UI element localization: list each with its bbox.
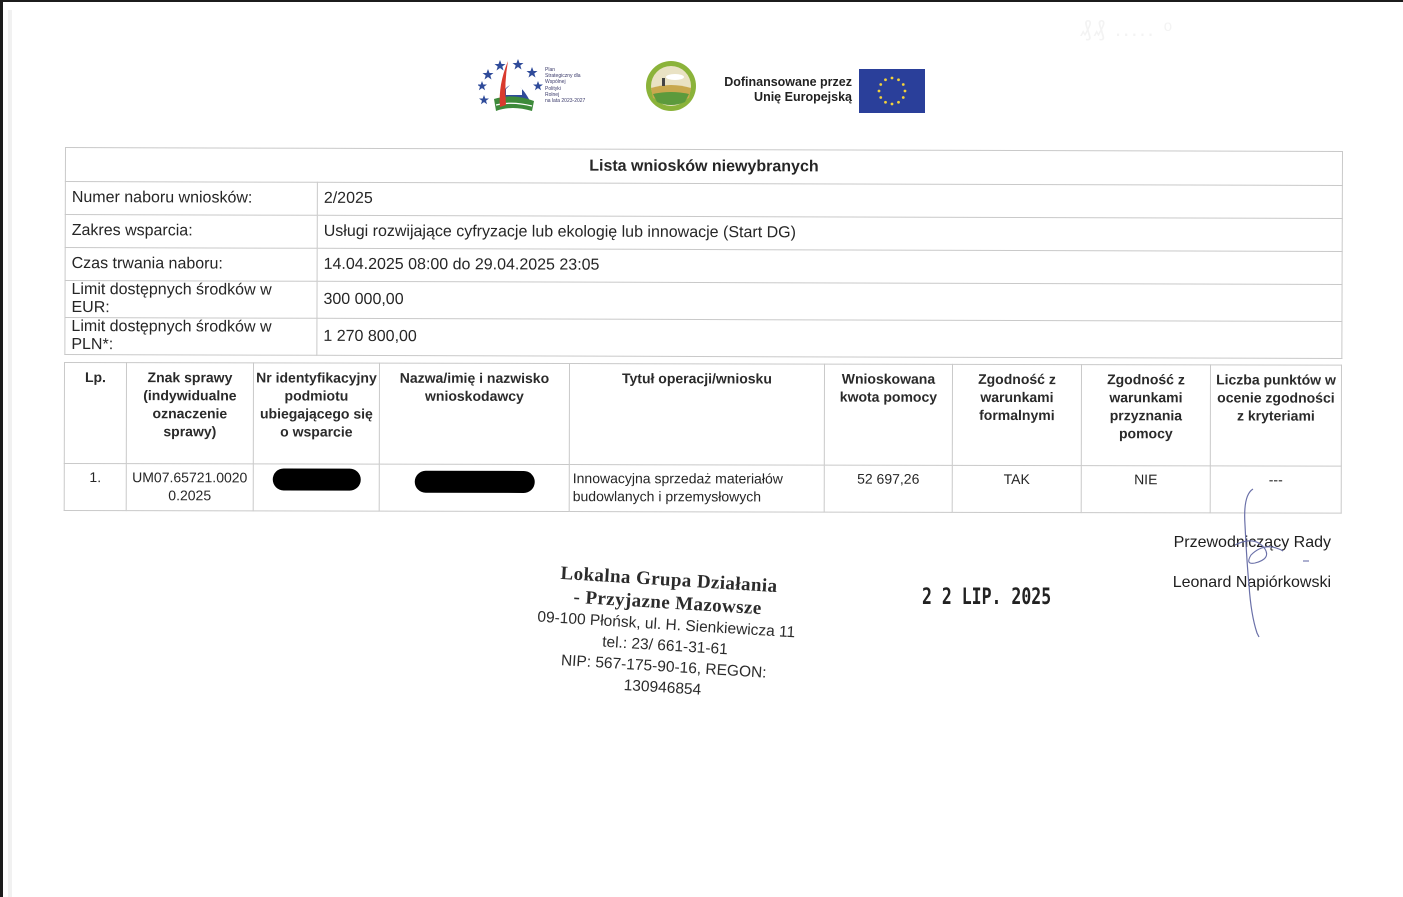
document-title: Lista wniosków niewybranych	[65, 148, 1342, 186]
psp-logo: Plan Strategiczny dla Wspólnej Polityki …	[478, 55, 603, 115]
handwritten-signature-icon	[1225, 485, 1325, 645]
column-header-applicant: Nazwa/imię i nazwisko wnioskodawcy	[379, 363, 569, 464]
date-stamp: 2 2 LIP. 2025	[922, 585, 1051, 610]
applications-table: Lp. Znak sprawy (indywidualne oznaczenie…	[64, 362, 1341, 514]
eu-flag-icon	[859, 69, 925, 113]
info-value: 300 000,00	[317, 281, 1342, 321]
call-info-table: Lista wniosków niewybranych Numer naboru…	[64, 147, 1343, 359]
cell-applicant	[379, 464, 569, 511]
cell-amount: 52 697,26	[824, 465, 952, 512]
cell-id-number	[253, 464, 379, 511]
table-row: 1. UM07.65721.0020 0.2025 Innowacyjna sp…	[64, 464, 1341, 514]
cell-case-number: UM07.65721.0020 0.2025	[126, 464, 253, 511]
scan-shadow	[8, 10, 12, 897]
column-header-amount: Wnioskowana kwota pomocy	[824, 364, 952, 465]
info-row: Limit dostępnych środków w EUR: 300 000,…	[65, 281, 1342, 322]
redaction-mark	[414, 471, 534, 493]
scan-border-left	[0, 0, 3, 897]
table-header-row: Lp. Znak sprawy (indywidualne oznaczenie…	[64, 363, 1341, 467]
organization-stamp: Lokalna Grupa Działania - Przyjazne Mazo…	[522, 560, 809, 707]
lgd-emblem-icon	[645, 60, 697, 112]
column-header-case-number: Znak sprawy (indywidualne oznaczenie spr…	[126, 363, 253, 464]
psp-emblem-icon	[478, 55, 544, 115]
info-row: Zakres wsparcia: Usługi rozwijające cyfr…	[65, 215, 1342, 252]
column-header-eligibility: Zgodność z warunkami przyznania pomocy	[1081, 365, 1210, 466]
info-value: Usługi rozwijające cyfryzacje lub ekolog…	[317, 215, 1342, 251]
info-row: Czas trwania naboru: 14.04.2025 08:00 do…	[65, 248, 1342, 285]
info-label: Czas trwania naboru:	[65, 248, 317, 282]
info-row: Numer naboru wniosków: 2/2025	[65, 182, 1342, 219]
info-value: 2/2025	[317, 182, 1342, 218]
psp-logo-text: Plan Strategiczny dla Wspólnej Polityki …	[545, 67, 605, 104]
scan-border-top	[0, 0, 1403, 2]
column-header-id-number: Nr identyfikacyjny podmiotu ubiegającego…	[253, 363, 379, 464]
info-label: Zakres wsparcia:	[65, 215, 317, 249]
info-label: Limit dostępnych środków w EUR:	[65, 281, 317, 319]
redaction-mark	[272, 468, 360, 490]
info-label: Numer naboru wniosków:	[65, 182, 317, 216]
bleed-through-text: ₰₰ ..... ᵒ	[1080, 16, 1174, 42]
info-value: 14.04.2025 08:00 do 29.04.2025 23:05	[317, 248, 1342, 284]
info-row: Limit dostępnych środków w PLN*: 1 270 8…	[65, 318, 1342, 359]
info-label: Limit dostępnych środków w PLN*:	[65, 318, 317, 356]
column-header-lp: Lp.	[64, 363, 126, 464]
lgd-logo	[645, 60, 697, 112]
cell-eligibility: NIE	[1081, 466, 1210, 513]
info-value: 1 270 800,00	[317, 318, 1342, 358]
column-header-formal-compliance: Zgodność z warunkami formalnymi	[952, 364, 1081, 465]
eu-funding-text: Dofinansowane przez Unię Europejską	[700, 75, 852, 105]
cell-lp: 1.	[64, 464, 126, 511]
column-header-title: Tytuł operacji/wniosku	[569, 364, 824, 466]
cell-formal-compliance: TAK	[952, 465, 1081, 512]
cell-title: Innowacyjna sprzedaż materiałów budowlan…	[569, 465, 824, 513]
column-header-points: Liczba punktów w ocenie zgodności z kryt…	[1210, 365, 1341, 466]
